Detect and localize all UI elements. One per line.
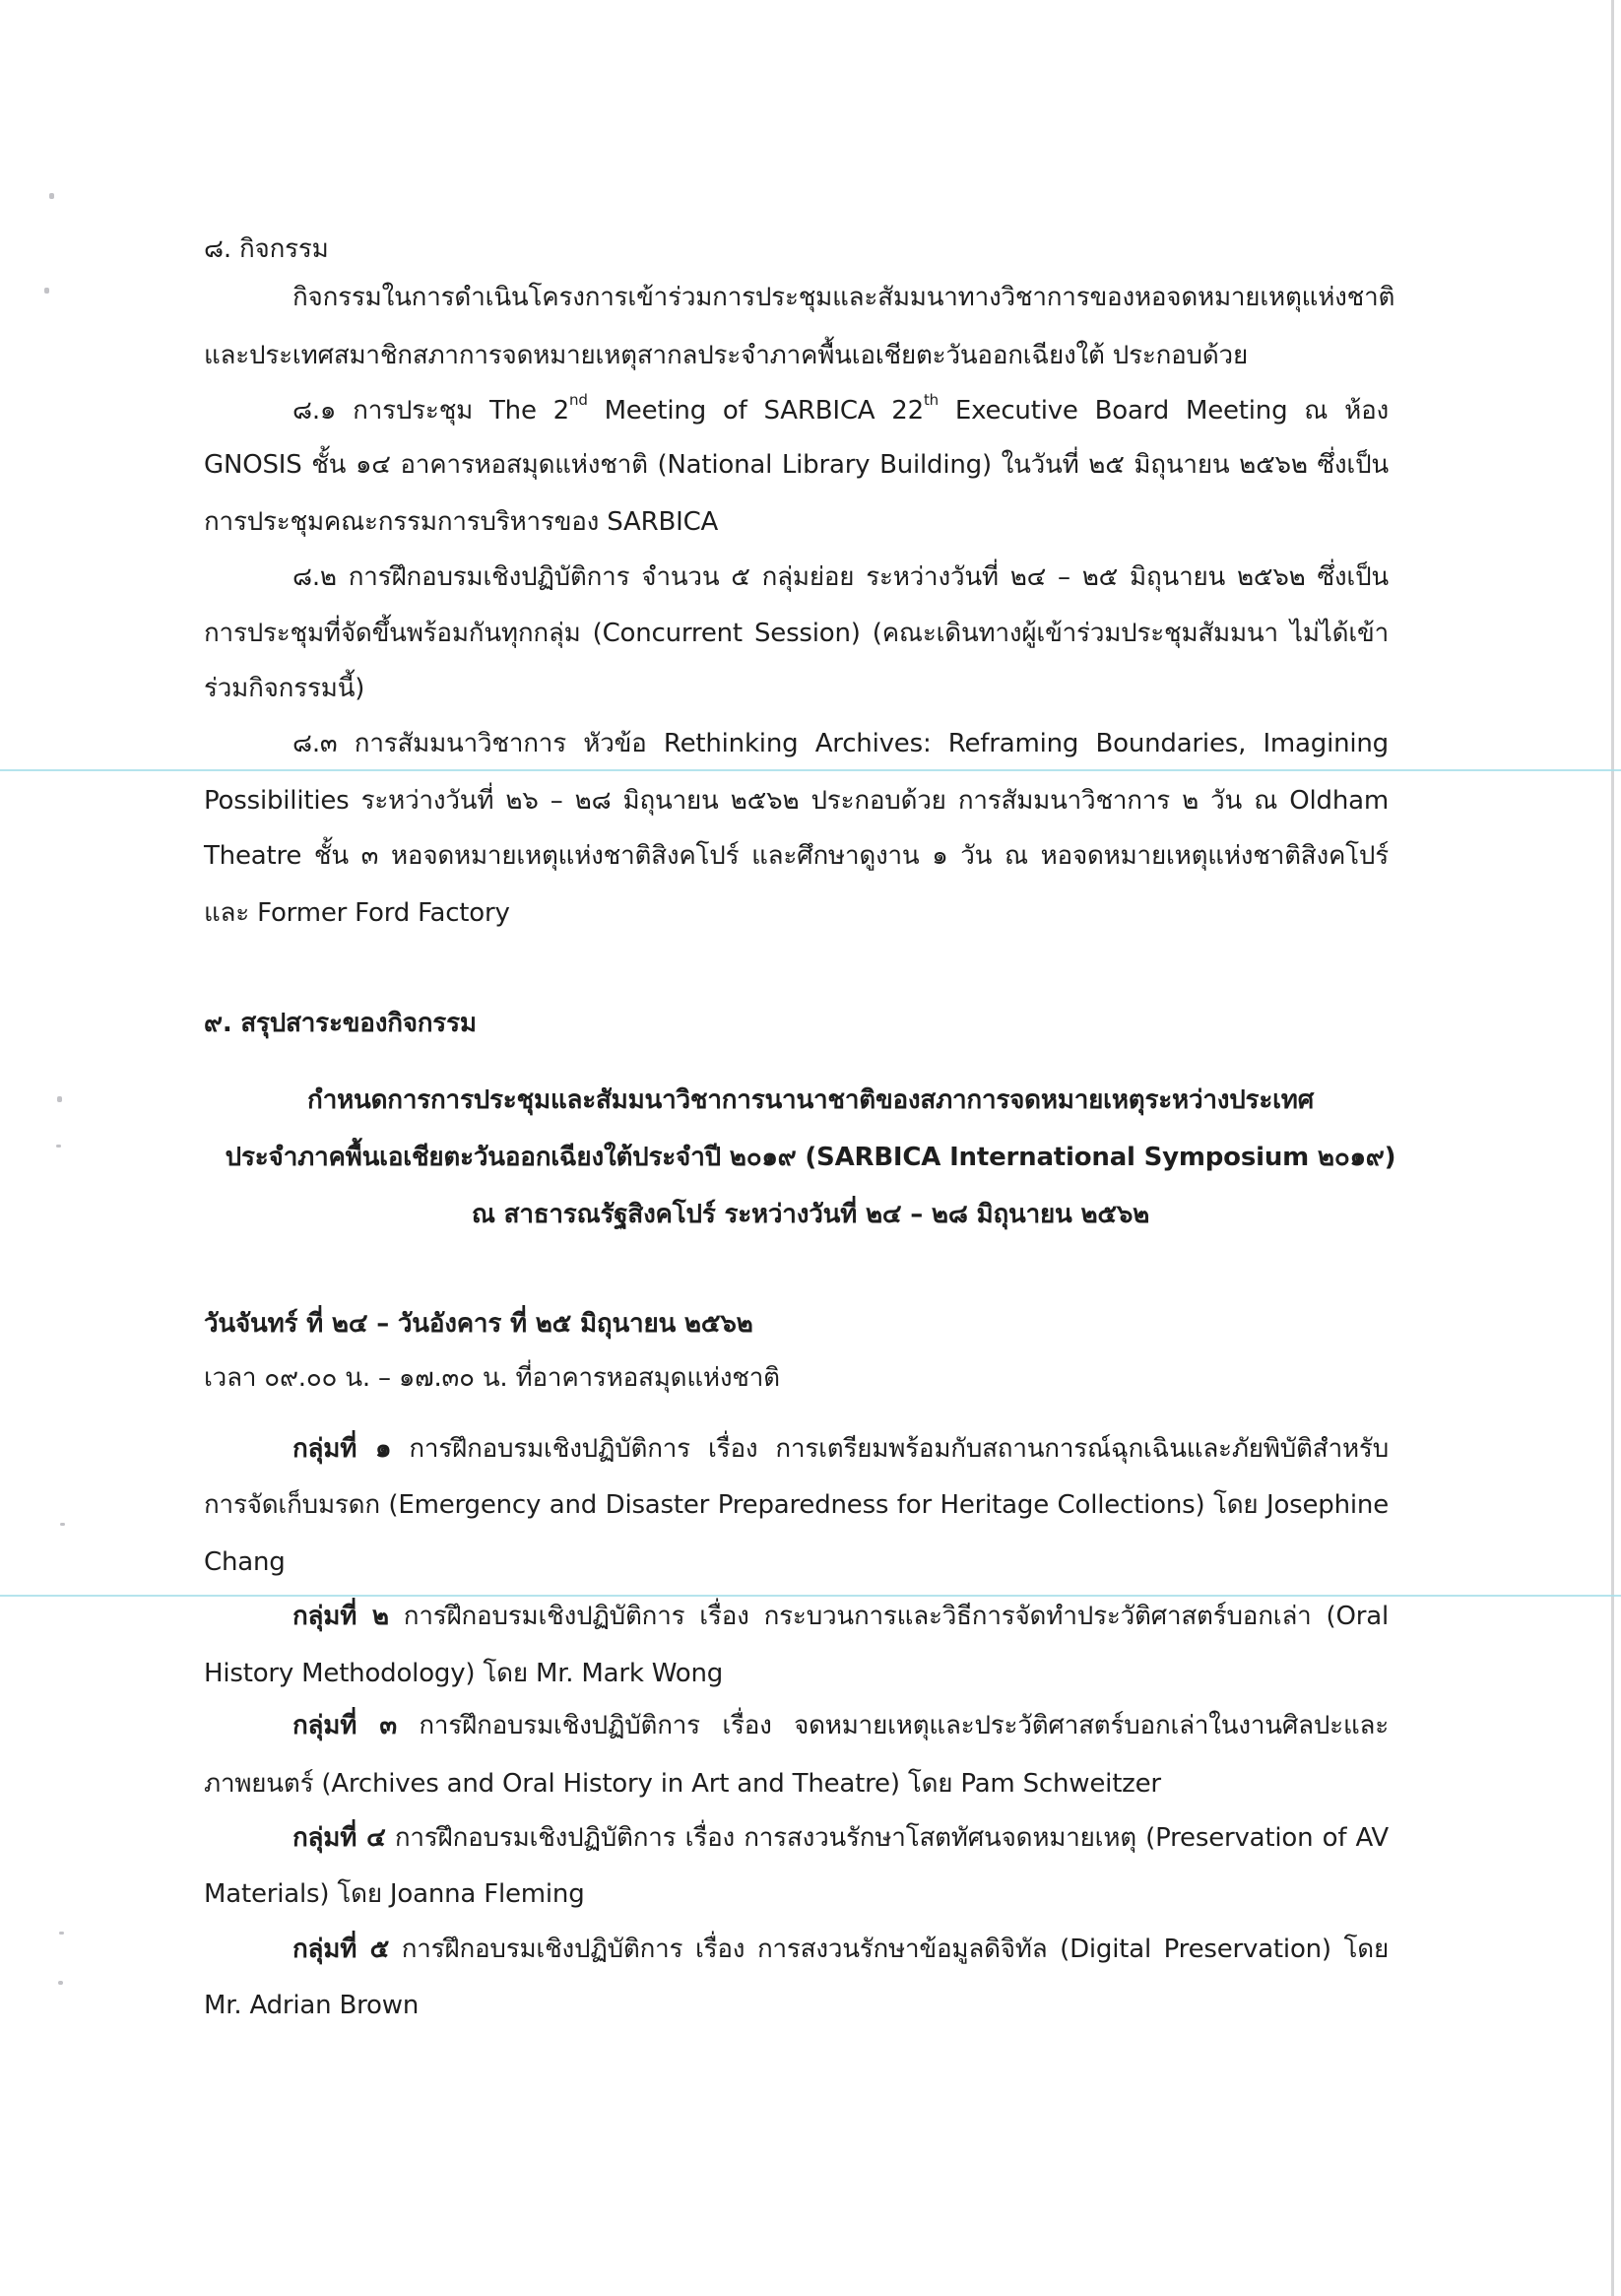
scan-speck [49,193,54,199]
item-8-3-line: Possibilities ระหว่างวันที่ ๒๖ – ๒๘ มิถุ… [204,784,1389,818]
item-8-2-line: การประชุมที่จัดขึ้นพร้อมกันทุกกลุ่ม (Con… [204,617,1389,650]
group-4-line: กลุ่มที่ ๔ การฝึกอบรมเชิงปฏิบัติการ เรื่… [292,1821,1389,1855]
group-label: กลุ่มที่ ๔ [292,1823,386,1853]
item-8-1-text: Executive Board Meeting ณ ห้อง [939,396,1389,426]
group-3-line: ภาพยนตร์ (Archives and Oral History in A… [204,1767,1161,1801]
scan-speck [58,1981,63,1985]
scan-artifact-line [0,769,1621,771]
item-8-1-line: ๘.๑ การประชุม The 2nd Meeting of SARBICA… [292,394,1389,427]
item-8-1-line: การประชุมคณะกรรมการบริหารของ SARBICA [204,505,718,539]
schedule-title-line: ประจำภาคพื้นเอเชียตะวันออกเฉียงใต้ประจำป… [0,1141,1621,1174]
schedule-title-line: ณ สาธารณรัฐสิงคโปร์ ระหว่างวันที่ ๒๔ – ๒… [0,1198,1621,1231]
item-8-2-line: ๘.๒ การฝึกอบรมเชิงปฏิบัติการ จำนวน ๕ กลุ… [292,560,1389,594]
group-5-line: กลุ่มที่ ๕ การฝึกอบรมเชิงปฏิบัติการ เรื่… [292,1933,1389,1966]
day-heading: วันจันทร์ ที่ ๒๔ – วันอังคาร ที่ ๒๕ มิถุ… [204,1307,753,1341]
scan-speck [44,288,49,294]
scan-speck [60,1523,65,1526]
group-5-line: Mr. Adrian Brown [204,1989,419,2022]
item-8-3-line: Theatre ชั้น ๓ หอจดหมายเหตุแห่งชาติสิงคโ… [204,839,1389,873]
scan-artifact-line [0,1595,1621,1597]
group-text: การฝึกอบรมเชิงปฏิบัติการ เรื่อง จดหมายเห… [397,1711,1389,1740]
group-text: การฝึกอบรมเชิงปฏิบัติการ เรื่อง การสงวนร… [389,1935,1389,1964]
group-text: การฝึกอบรมเชิงปฏิบัติการ เรื่อง การสงวนร… [386,1823,1389,1853]
schedule-title-line: กำหนดการการประชุมและสัมมนาวิชาการนานาชาต… [0,1083,1621,1117]
item-8-1-line: GNOSIS ชั้น ๑๔ อาคารหอสมุดแห่งชาติ (Nati… [204,448,1389,482]
group-label: กลุ่มที่ ๓ [292,1711,397,1740]
item-8-3-line: ๘.๓ การสัมมนาวิชาการ หัวข้อ Rethinking A… [292,727,1389,760]
group-1-line: การจัดเก็บมรดก (Emergency and Disaster P… [204,1488,1389,1522]
group-1-line: กลุ่มที่ ๑ การฝึกอบรมเชิงปฏิบัติการ เรื่… [292,1432,1389,1466]
item-8-1-text: Meeting of SARBICA 22 [588,396,924,426]
section-8-heading: ๘. กิจกรรม [204,232,329,266]
group-2-line: กลุ่มที่ ๒ การฝึกอบรมเชิงปฏิบัติการ เรื่… [292,1600,1389,1633]
group-text: การฝึกอบรมเชิงปฏิบัติการ เรื่อง การเตรีย… [391,1434,1389,1464]
group-4-line: Materials) โดย Joanna Fleming [204,1877,585,1911]
group-2-line: History Methodology) โดย Mr. Mark Wong [204,1657,723,1690]
item-8-2-line: ร่วมกิจกรรมนี้) [204,672,364,705]
superscript: nd [569,391,588,409]
section-9-heading: ๙. สรุปสาระของกิจกรรม [204,1007,477,1040]
group-label: กลุ่มที่ ๕ [292,1935,389,1964]
time-place: เวลา ๐๙.๐๐ น. – ๑๗.๓๐ น. ที่อาคารหอสมุดแ… [204,1361,780,1395]
group-3-line: กลุ่มที่ ๓ การฝึกอบรมเชิงปฏิบัติการ เรื่… [292,1709,1389,1742]
scanned-document-page: ๘. กิจกรรม กิจกรรมในการดำเนินโครงการเข้า… [0,0,1621,2296]
item-8-1-text: ๘.๑ การประชุม The 2 [292,396,569,426]
superscript: th [924,391,939,409]
group-label: กลุ่มที่ ๑ [292,1434,391,1464]
section-8-intro-line: และประเทศสมาชิกสภาการจดหมายเหตุสากลประจำ… [204,339,1248,372]
scan-speck [59,1932,64,1935]
group-label: กลุ่มที่ ๒ [292,1602,389,1631]
section-8-intro-line: กิจกรรมในการดำเนินโครงการเข้าร่วมการประช… [292,281,1389,314]
group-1-line: Chang [204,1545,286,1579]
group-text: การฝึกอบรมเชิงปฏิบัติการ เรื่อง กระบวนกา… [389,1602,1389,1631]
item-8-3-line: และ Former Ford Factory [204,896,510,930]
